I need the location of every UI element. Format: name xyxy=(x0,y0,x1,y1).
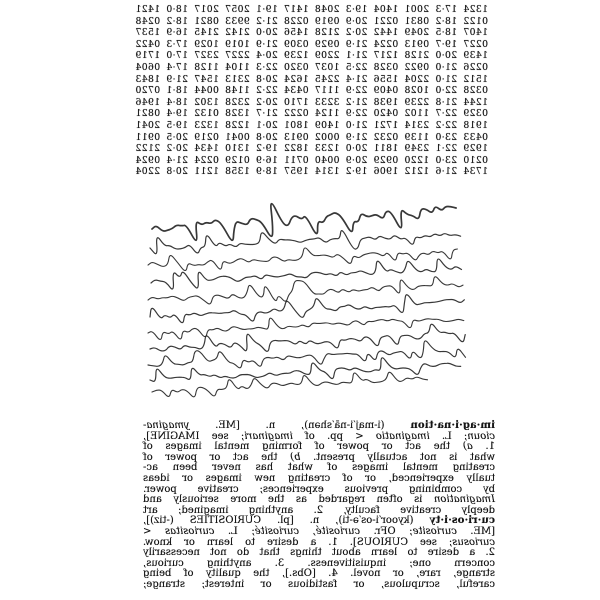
handwriting-block xyxy=(0,0,600,600)
handwriting-line xyxy=(148,341,466,368)
handwriting-line xyxy=(152,372,428,397)
handwriting-line xyxy=(152,204,456,241)
handwriting-line xyxy=(148,277,463,304)
handwriting-line xyxy=(150,324,465,351)
handwriting-line xyxy=(148,318,464,339)
scanned-page: 132417·32001140419·32048141719·120572017… xyxy=(0,0,600,600)
handwriting-line xyxy=(150,295,464,323)
